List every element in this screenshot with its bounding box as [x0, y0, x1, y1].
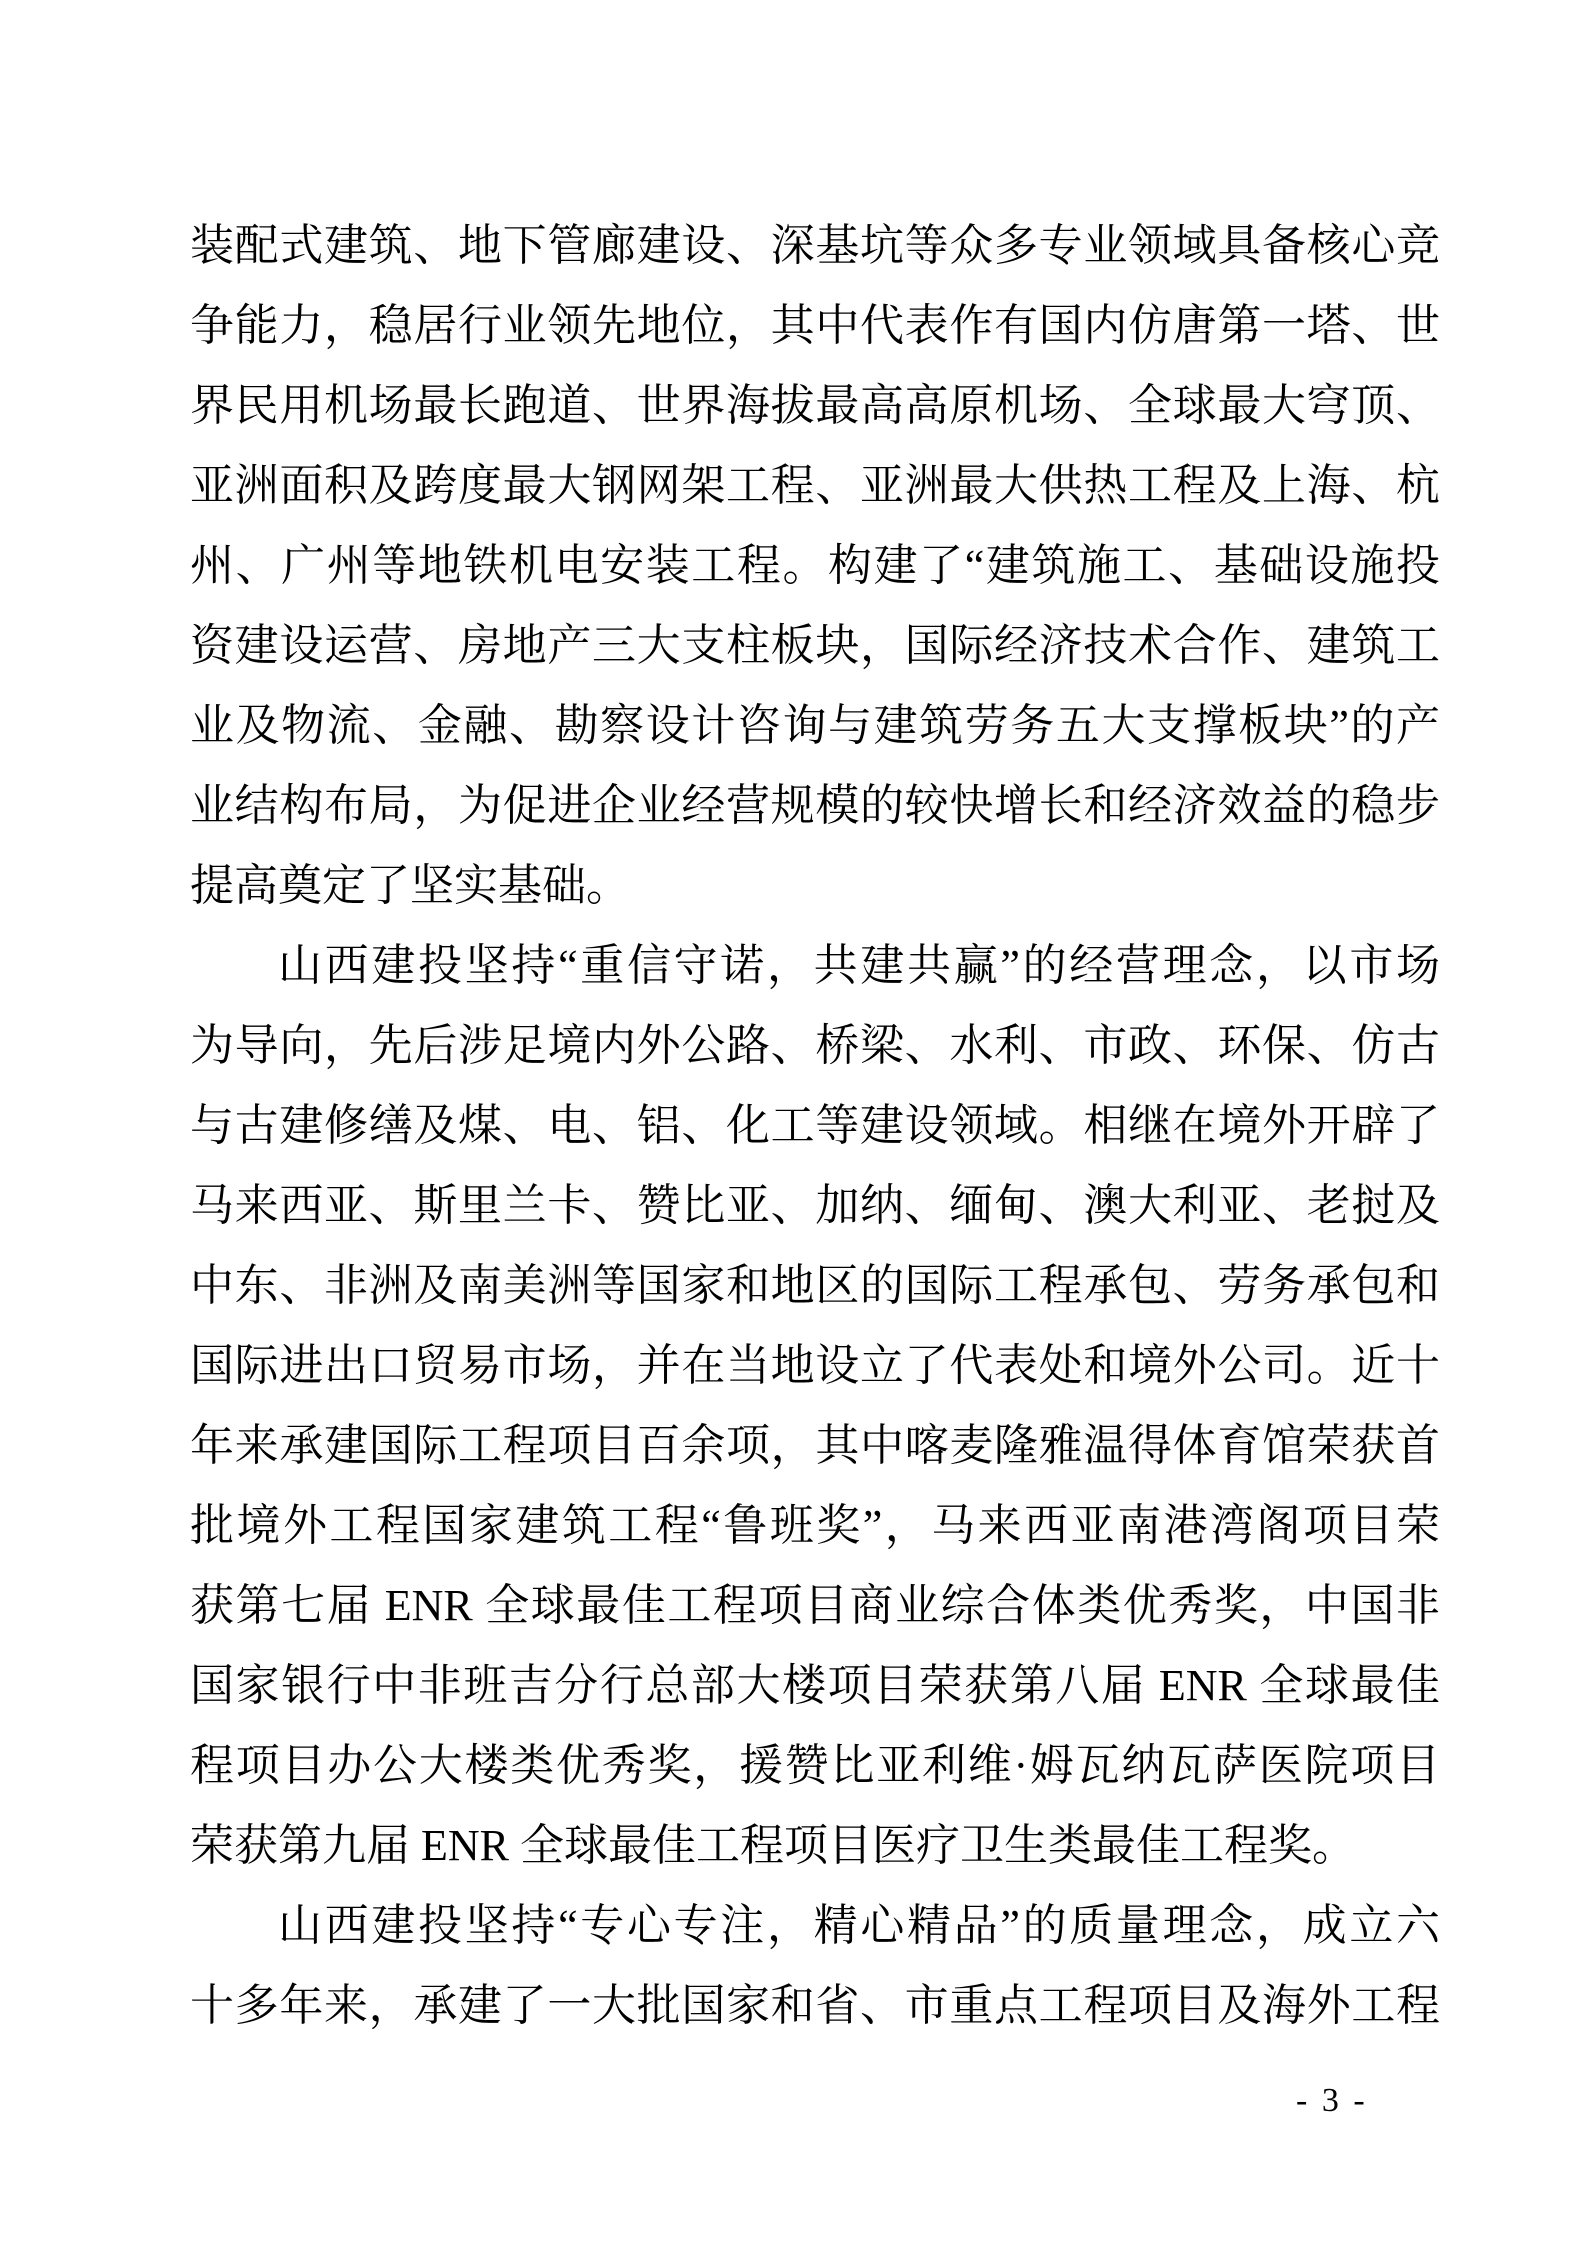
text-line: 界民用机场最长跑道、世界海拔最高高原机场、全球最大穹顶、: [190, 366, 1440, 446]
text-line: 十多年来，承建了一大批国家和省、市重点工程项目及海外工程: [190, 1966, 1440, 2046]
text-line: 为导向，先后涉足境内外公路、桥梁、水利、市政、环保、仿古: [190, 1006, 1440, 1086]
text-line: 业及物流、金融、勘察设计咨询与建筑劳务五大支撑板块”的产: [190, 686, 1440, 766]
text-line: 装配式建筑、地下管廊建设、深基坑等众多专业领域具备核心竞: [190, 206, 1440, 286]
text-line: 与古建修缮及煤、电、铝、化工等建设领域。相继在境外开辟了: [190, 1086, 1440, 1166]
text-line: 程项目办公大楼类优秀奖，援赞比亚利维·姆瓦纳瓦萨医院项目: [190, 1726, 1440, 1806]
text-line: 业结构布局，为促进企业经营规模的较快增长和经济效益的稳步: [190, 766, 1440, 846]
document-page: 装配式建筑、地下管廊建设、深基坑等众多专业领域具备核心竞争能力，稳居行业领先地位…: [0, 0, 1587, 2245]
text-line: 年来承建国际工程项目百余项，其中喀麦隆雅温得体育馆荣获首: [190, 1406, 1440, 1486]
paragraph: 山西建投坚持“重信守诺，共建共赢”的经营理念，以市场为导向，先后涉足境内外公路、…: [190, 926, 1440, 1886]
text-line: 获第七届 ENR 全球最佳工程项目商业综合体类优秀奖，中国非洲: [190, 1566, 1440, 1646]
text-line: 争能力，稳居行业领先地位，其中代表作有国内仿唐第一塔、世: [190, 286, 1440, 366]
text-line: 中东、非洲及南美洲等国家和地区的国际工程承包、劳务承包和: [190, 1246, 1440, 1326]
text-line: 州、广州等地铁机电安装工程。构建了“建筑施工、基础设施投: [190, 526, 1440, 606]
document-body: 装配式建筑、地下管廊建设、深基坑等众多专业领域具备核心竞争能力，稳居行业领先地位…: [190, 206, 1440, 2046]
text-line: 山西建投坚持“专心专注，精心精品”的质量理念，成立六: [190, 1886, 1440, 1966]
paragraph: 山西建投坚持“专心专注，精心精品”的质量理念，成立六十多年来，承建了一大批国家和…: [190, 1886, 1440, 2046]
text-line: 提高奠定了坚实基础。: [190, 846, 1440, 926]
text-line: 山西建投坚持“重信守诺，共建共赢”的经营理念，以市场: [190, 926, 1440, 1006]
text-line: 国际进出口贸易市场，并在当地设立了代表处和境外公司。近十: [190, 1326, 1440, 1406]
text-line: 荣获第九届 ENR 全球最佳工程项目医疗卫生类最佳工程奖。: [190, 1806, 1440, 1886]
text-line: 批境外工程国家建筑工程“鲁班奖”，马来西亚南港湾阁项目荣: [190, 1486, 1440, 1566]
page-number: - 3 -: [1296, 2078, 1368, 2124]
text-line: 马来西亚、斯里兰卡、赞比亚、加纳、缅甸、澳大利亚、老挝及: [190, 1166, 1440, 1246]
text-line: 资建设运营、房地产三大支柱板块，国际经济技术合作、建筑工: [190, 606, 1440, 686]
paragraph: 装配式建筑、地下管廊建设、深基坑等众多专业领域具备核心竞争能力，稳居行业领先地位…: [190, 206, 1440, 926]
text-line: 国家银行中非班吉分行总部大楼项目荣获第八届 ENR 全球最佳工: [190, 1646, 1440, 1726]
text-line: 亚洲面积及跨度最大钢网架工程、亚洲最大供热工程及上海、杭: [190, 446, 1440, 526]
